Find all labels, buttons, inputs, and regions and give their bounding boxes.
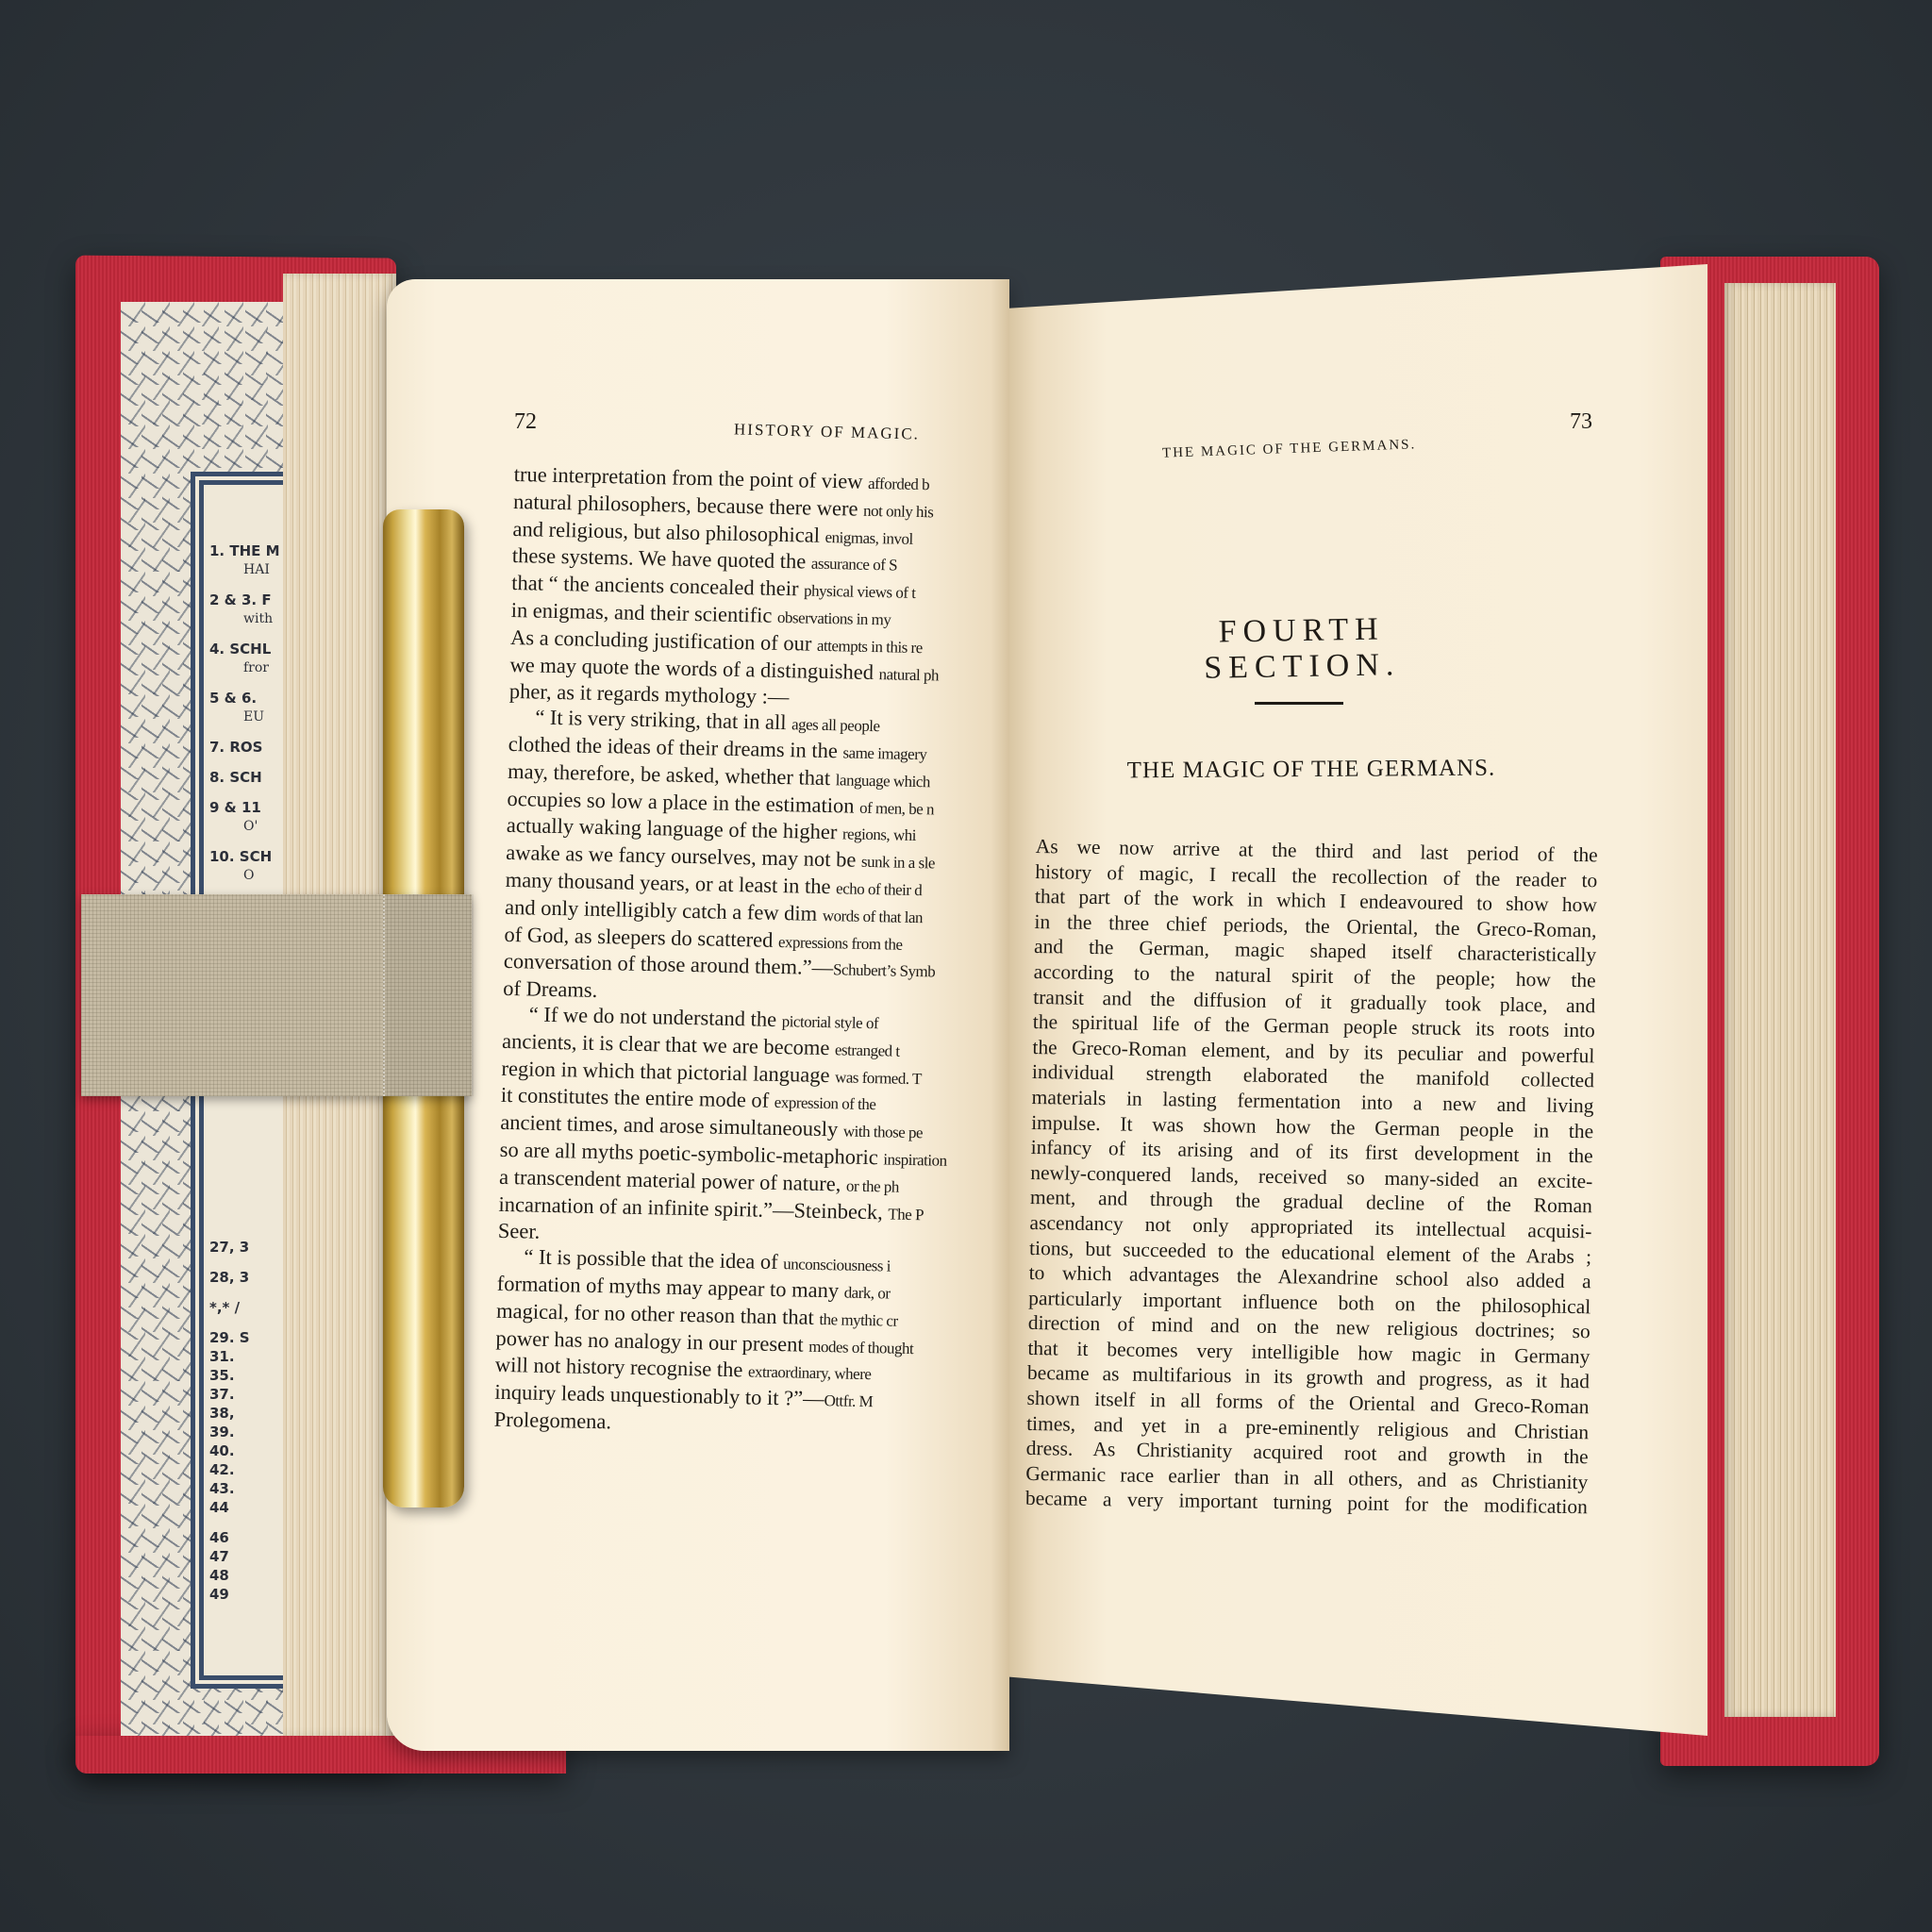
left-page-number: 72 — [514, 409, 537, 435]
cloth-band-fold — [383, 894, 474, 1096]
page-stack-right — [1724, 283, 1836, 1717]
right-page-body: As we now arrive at the third and last p… — [1025, 834, 1598, 1520]
left-page-body: true interpretation from the point of vi… — [493, 462, 1013, 1443]
right-page-number: 73 — [1570, 409, 1592, 435]
section-title: FOURTH SECTION. — [1141, 610, 1462, 688]
section-divider-rule — [1255, 702, 1343, 705]
chapter-title: THE MAGIC OF THE GERMANS. — [1113, 756, 1509, 785]
